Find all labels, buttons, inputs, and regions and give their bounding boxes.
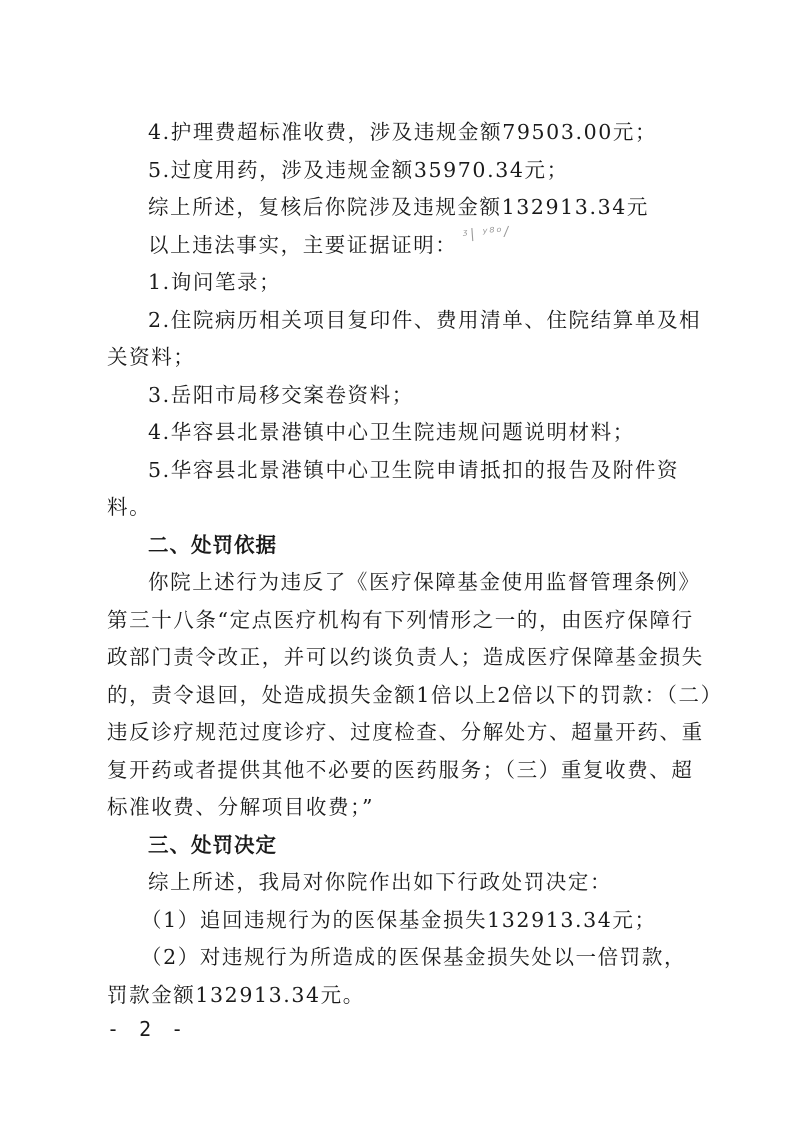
penalty-basis-paragraph-line-7: 标准收费、分解项目收费；” (107, 789, 697, 827)
document-page: 4.护理费超标准收费，涉及违规金额79503.00元； 5.过度用药，涉及违规金… (107, 114, 697, 1014)
penalty-basis-paragraph-line-3: 政部门责令改正，并可以约谈负责人；造成医疗保障基金损失 (107, 639, 697, 677)
violation-total-summary: 综上所述，复核后你院涉及违规金额132913.34元 (107, 189, 697, 227)
penalty-decision-item-2: （2）对违规行为所造成的医保基金损失处以一倍罚款， (107, 939, 697, 977)
penalty-decision-intro: 综上所述，我局对你院作出如下行政处罚决定： (107, 864, 697, 902)
penalty-basis-paragraph-line-1: 你院上述行为违反了《医疗保障基金使用监督管理条例》 (107, 564, 697, 602)
evidence-intro: 以上违法事实，主要证据证明： (107, 227, 697, 265)
evidence-list-item-4: 4.华容县北景港镇中心卫生院违规问题说明材料； (107, 414, 697, 452)
evidence-list-item-2: 2.住院病历相关项目复印件、费用清单、住院结算单及相 (107, 302, 697, 340)
penalty-basis-paragraph-line-2: 第三十八条“定点医疗机构有下列情形之一的，由医疗保障行 (107, 602, 697, 640)
evidence-item-5-overmedication: 5.过度用药，涉及违规金额35970.34元； (107, 152, 697, 190)
evidence-item-4-nursing-fee: 4.护理费超标准收费，涉及违规金额79503.00元； (107, 114, 697, 152)
penalty-basis-paragraph-line-5: 违反诊疗规范过度诊疗、过度检查、分解处方、超量开药、重 (107, 714, 697, 752)
section-heading-penalty-basis: 二、处罚依据 (107, 527, 697, 565)
penalty-decision-item-2-continued: 罚款金额132913.34元。 (107, 977, 697, 1015)
evidence-list-item-5-continued: 料。 (107, 489, 697, 527)
evidence-list-item-3: 3.岳阳市局移交案卷资料； (107, 377, 697, 415)
evidence-list-item-2-continued: 关资料； (107, 339, 697, 377)
penalty-basis-paragraph-line-4: 的，责令退回，处造成损失金额1倍以上2倍以下的罚款：（二） (107, 677, 697, 715)
section-heading-penalty-decision: 三、处罚决定 (107, 827, 697, 865)
evidence-list-item-5: 5.华容县北景港镇中心卫生院申请抵扣的报告及附件资 (107, 452, 697, 490)
penalty-basis-paragraph-line-6: 复开药或者提供其他不必要的医药服务；（三）重复收费、超 (107, 752, 697, 790)
penalty-decision-item-1: （1）追回违规行为的医保基金损失132913.34元； (107, 902, 697, 940)
evidence-list-item-1: 1.询问笔录； (107, 264, 697, 302)
page-number: - 2 - (107, 1017, 187, 1041)
